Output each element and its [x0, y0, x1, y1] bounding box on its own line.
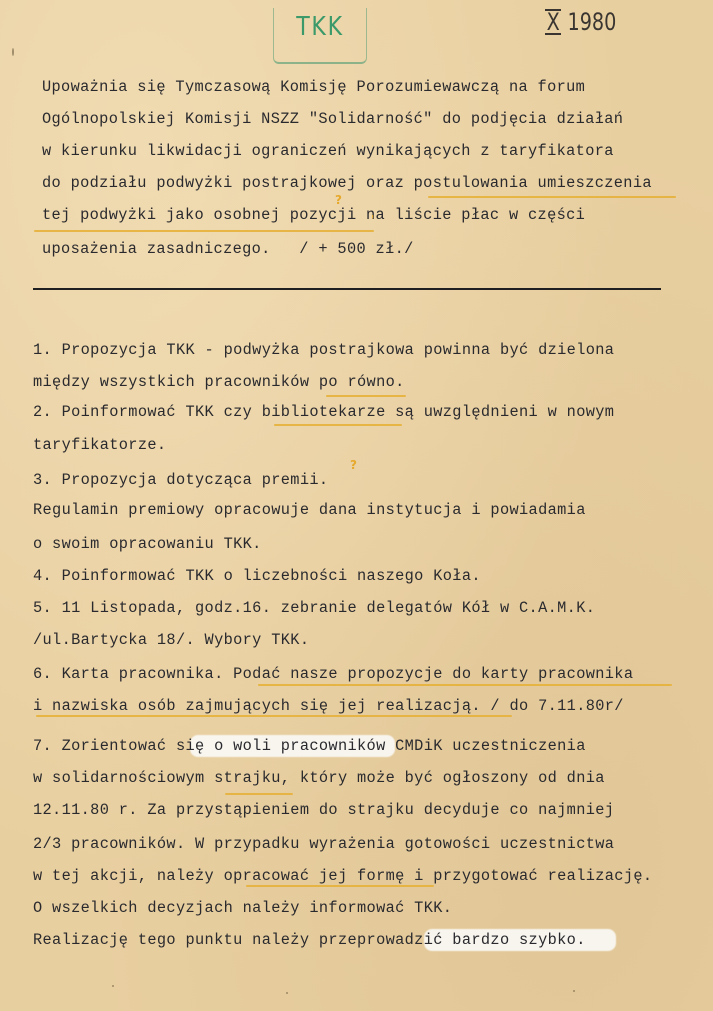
item-line: i nazwiska osób zajmujących się jej real…	[33, 697, 624, 715]
intro-line: uposażenia zasadniczego. / + 500 zł./	[42, 240, 414, 258]
item-line: 2/3 pracowników. W przypadku wyrażenia g…	[33, 835, 614, 853]
item-line: 3. Propozycja dotycząca premii.	[33, 471, 328, 489]
question-mark-annotation: ?	[350, 458, 357, 472]
paper-speck	[573, 990, 575, 992]
item-line: 7. Zorientować się o woli pracowników CM…	[33, 737, 586, 755]
item-line: 6. Karta pracownika. Podać nasze propozy…	[33, 665, 633, 683]
highlight-underline	[34, 230, 374, 232]
item-line: między wszystkich pracowników po równo.	[33, 373, 405, 391]
item-line: 5. 11 Listopada, godz.16. zebranie deleg…	[33, 599, 595, 617]
paper-speck	[286, 992, 288, 994]
item-line: Regulamin premiowy opracowuje dana insty…	[33, 501, 586, 519]
item-line: w solidarnościowym strajku, który może b…	[33, 769, 605, 787]
item-line: taryfikatorze.	[33, 436, 166, 454]
highlight-underline	[258, 684, 672, 686]
item-line: 4. Poinformować TKK o liczebności naszeg…	[33, 567, 481, 585]
item-line: 2. Poinformować TKK czy bibliotekarze są…	[33, 403, 614, 421]
handwritten-tkk-label: TKK	[296, 12, 344, 42]
insertion-tick-mark: '	[371, 213, 374, 227]
highlight-underline	[326, 395, 406, 397]
intro-line: Upoważnia się Tymczasową Komisję Porozum…	[42, 78, 585, 96]
horizontal-divider	[33, 288, 661, 290]
item-line: w tej akcji, należy opracować jej formę …	[33, 867, 652, 885]
handwritten-date: X 1980	[545, 8, 616, 36]
date-year: 1980	[567, 8, 616, 36]
document-page: TKK X 1980 Upoważnia się Tymczasową Komi…	[0, 0, 713, 1011]
date-month-roman: X	[545, 9, 561, 35]
paper-speck	[112, 985, 114, 987]
intro-line: Ogólnopolskiej Komisji NSZZ "Solidarność…	[42, 110, 623, 128]
highlight-underline	[428, 196, 676, 198]
item-line: 1. Propozycja TKK - podwyżka postrajkowa…	[33, 341, 614, 359]
highlight-underline	[36, 715, 512, 717]
highlight-underline	[225, 793, 293, 795]
intro-line: w kierunku likwidacji ograniczeń wynikaj…	[42, 142, 614, 160]
highlight-underline	[246, 885, 434, 887]
paper-speck	[12, 48, 14, 56]
item-line: 12.11.80 r. Za przystąpieniem do strajku…	[33, 801, 614, 819]
question-mark-annotation: ?	[335, 193, 342, 207]
item-line: o swoim opracowaniu TKK.	[33, 535, 262, 553]
item-line: Realizację tego punktu należy przeprowad…	[33, 931, 586, 949]
intro-line: do podziału podwyżki postrajkowej oraz p…	[42, 174, 652, 192]
highlight-underline	[274, 424, 402, 426]
item-line: O wszelkich decyzjach należy informować …	[33, 899, 452, 917]
intro-line: tej podwyżki jako osobnej pozycji na liś…	[42, 206, 585, 224]
item-line: /ul.Bartycka 18/. Wybory TKK.	[33, 631, 309, 649]
